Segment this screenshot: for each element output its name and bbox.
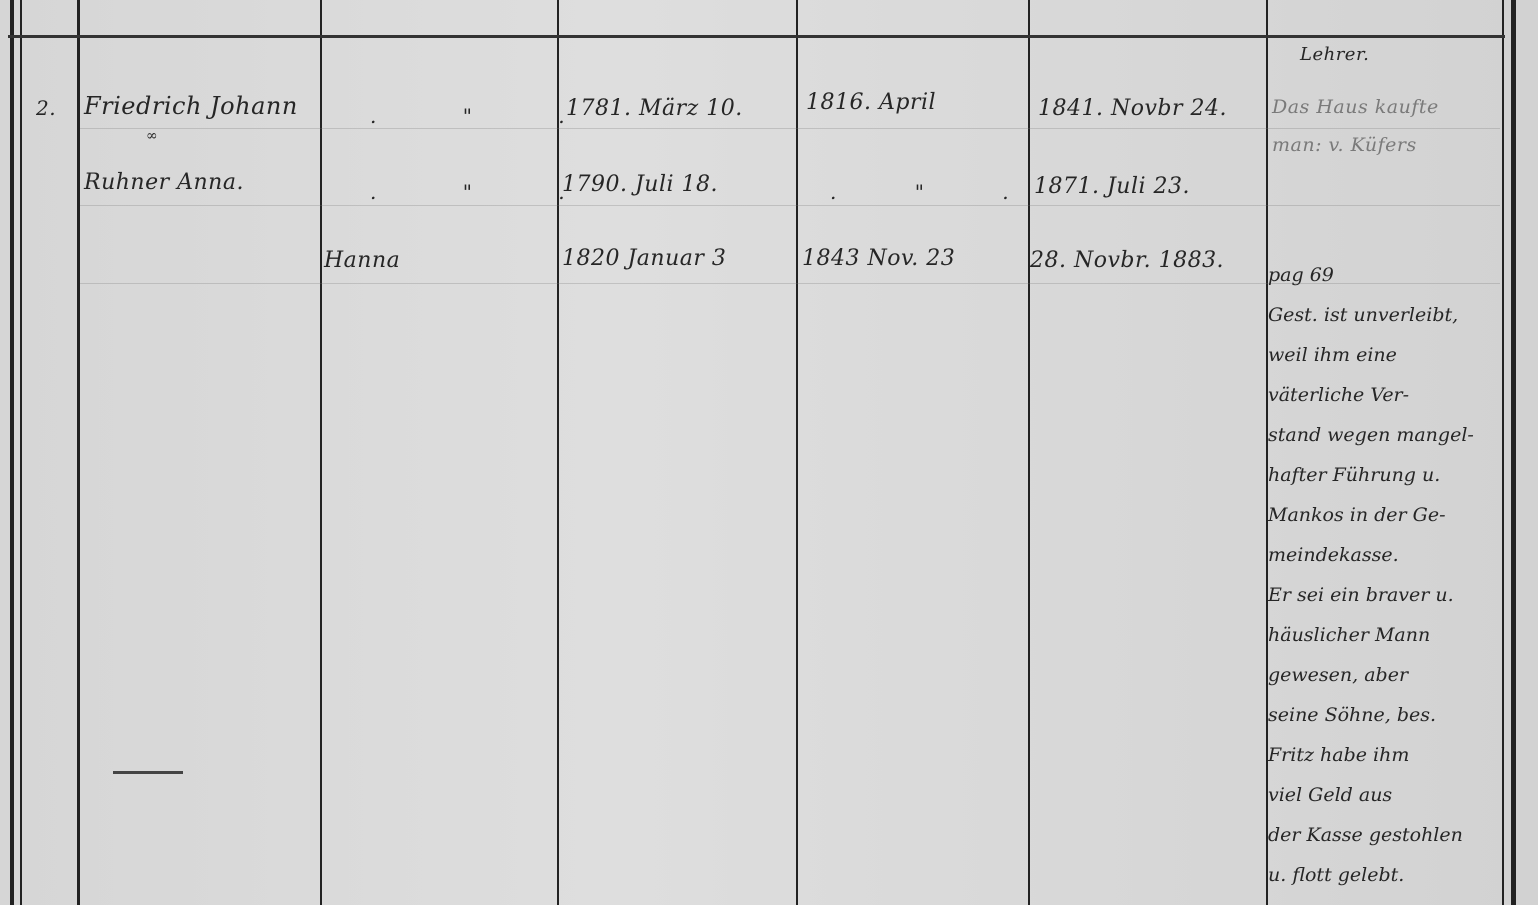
outer-left-border	[10, 0, 14, 905]
remarks-line: hafter Führung u.	[1268, 455, 1506, 495]
remarks-line: Mankos in der Ge-	[1268, 495, 1506, 535]
remarks-line: gewesen, aber	[1268, 655, 1506, 695]
child-marriage-date: 1843 Nov. 23	[802, 246, 955, 271]
remarks-top-line-2: man: v. Küfers	[1272, 134, 1417, 156]
remarks-line: stand wegen mangel-	[1268, 415, 1506, 455]
husband-death-date: 1841. Novbr 24.	[1038, 96, 1227, 121]
child-death-date: 28. Novbr. 1883.	[1030, 248, 1224, 273]
wife-death-date: 1871. Juli 23.	[1034, 174, 1190, 199]
register-page: 2. Friedrich Johann ∞ . " . 1781. März 1…	[0, 0, 1538, 905]
remarks-line: meindekasse.	[1268, 535, 1506, 575]
column-rule-birth	[796, 0, 798, 905]
remarks-line: häuslicher Mann	[1268, 615, 1506, 655]
remarks-line: Er sei ein braver u.	[1268, 575, 1506, 615]
remarks-line: u. flott gelebt.	[1268, 855, 1506, 895]
remarks-line: Gest. ist unverleibt,	[1268, 295, 1506, 335]
column-rule-name	[320, 0, 322, 905]
husband-name: Friedrich Johann	[84, 92, 298, 120]
husband-birth-date: 1781. März 10.	[566, 96, 743, 121]
remarks-line: viel Geld aus	[1268, 775, 1506, 815]
wife-marriage-ditto: . " .	[830, 180, 1045, 204]
remarks-line: seine Söhne, bes.	[1268, 695, 1506, 735]
wife-name: Ruhner Anna.	[84, 170, 244, 195]
inner-left-border	[20, 0, 22, 905]
header-divider	[8, 35, 1505, 38]
column-rule-marriage	[1028, 0, 1030, 905]
remarks-line: der Kasse gestohlen	[1268, 815, 1506, 855]
remarks-column: pag 69 Gest. ist unverleibt, weil ihm ei…	[1268, 255, 1506, 895]
remarks-line: väterliche Ver-	[1268, 375, 1506, 415]
ruled-line	[80, 128, 1500, 129]
marriage-date: 1816. April	[806, 90, 936, 115]
outer-right-border	[1511, 0, 1516, 905]
column-rule-place	[557, 0, 559, 905]
child-place: Hanna	[324, 248, 400, 273]
ruled-line	[80, 205, 1500, 206]
remarks-header: Lehrer.	[1300, 44, 1369, 65]
column-rule-number	[77, 0, 80, 905]
remarks-line: weil ihm eine	[1268, 335, 1506, 375]
marriage-connector: ∞	[146, 128, 158, 144]
dash-mark	[113, 771, 183, 774]
remarks-line: pag 69	[1268, 255, 1506, 295]
child-birth-date: 1820 Januar 3	[562, 246, 726, 271]
wife-birth-date: 1790. Juli 18.	[562, 172, 718, 197]
remarks-line: Fritz habe ihm	[1268, 735, 1506, 775]
entry-number: 2.	[36, 96, 56, 120]
remarks-top-line-1: Das Haus kaufte	[1272, 96, 1439, 118]
